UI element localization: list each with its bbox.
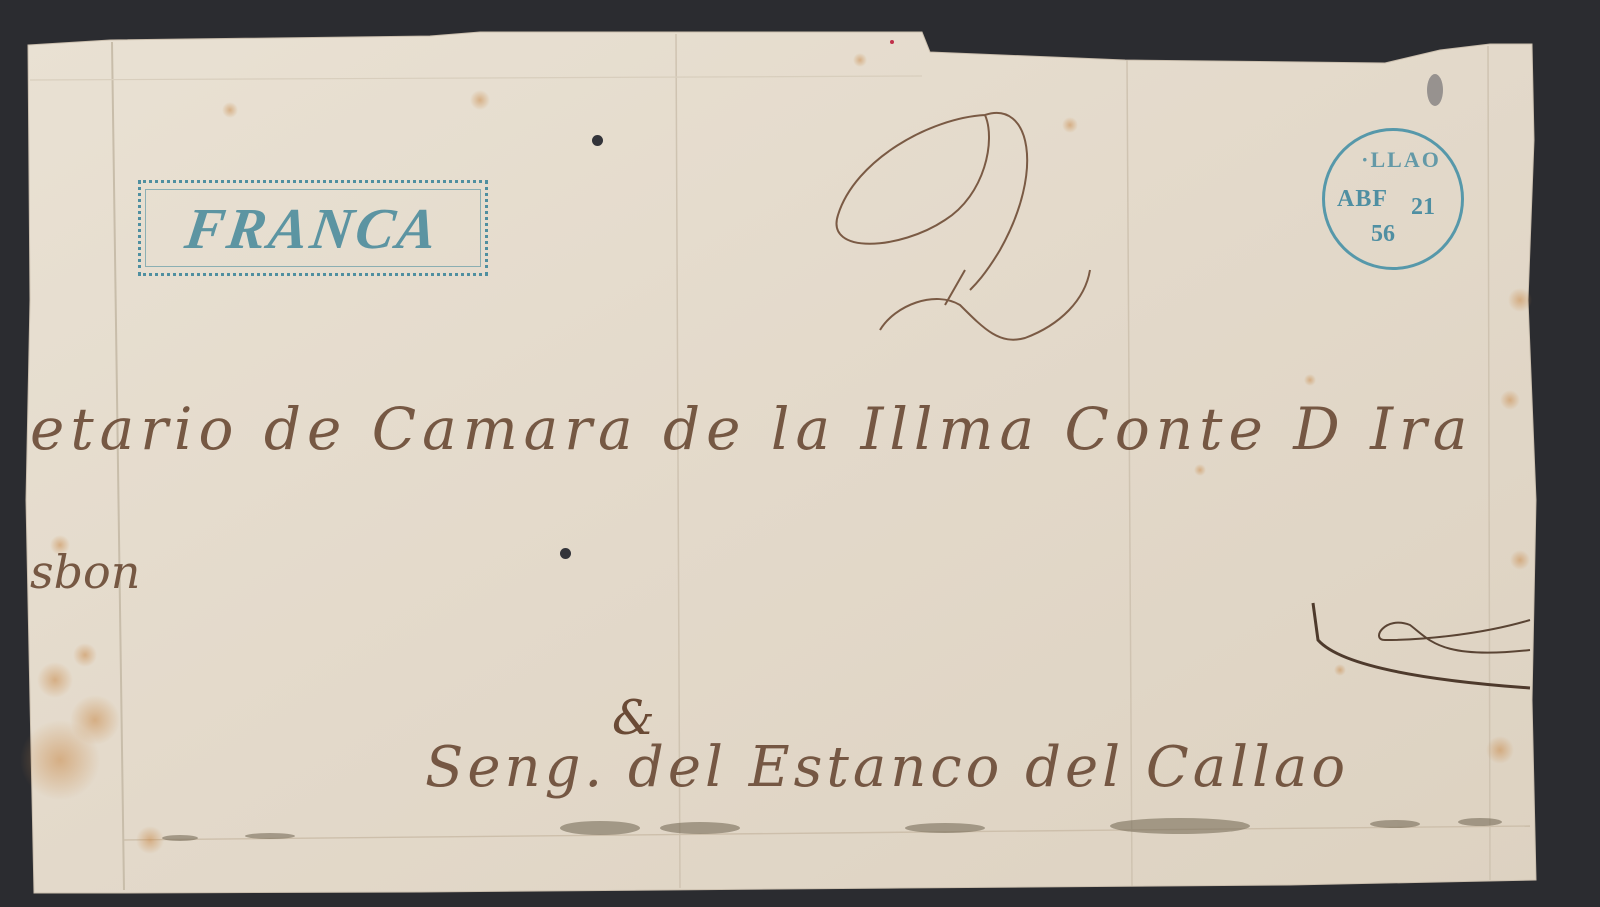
address-line-1: etario de Camara de la Illma Conte D Ira [30,395,1473,463]
franca-handstamp: FRANCA [138,180,488,276]
scan-stage: FRANCA ·LLAO ABF 21 56 etario de Camara … [0,0,1600,907]
file-hole [592,135,603,146]
postmark-month: ABF [1337,186,1388,213]
franca-text: FRANCA [182,195,445,262]
postmark-town: ·LLAO [1341,147,1461,173]
ampersand-mark: & [612,690,655,746]
address-line-3: Seng. del Estanco del Callao [425,735,1349,800]
postmark-day: 21 [1411,194,1435,221]
postmark-year: 56 [1371,221,1395,248]
address-line-2: sbon [30,545,140,599]
file-hole [560,548,571,559]
callao-postmark: ·LLAO ABF 21 56 [1322,128,1464,270]
